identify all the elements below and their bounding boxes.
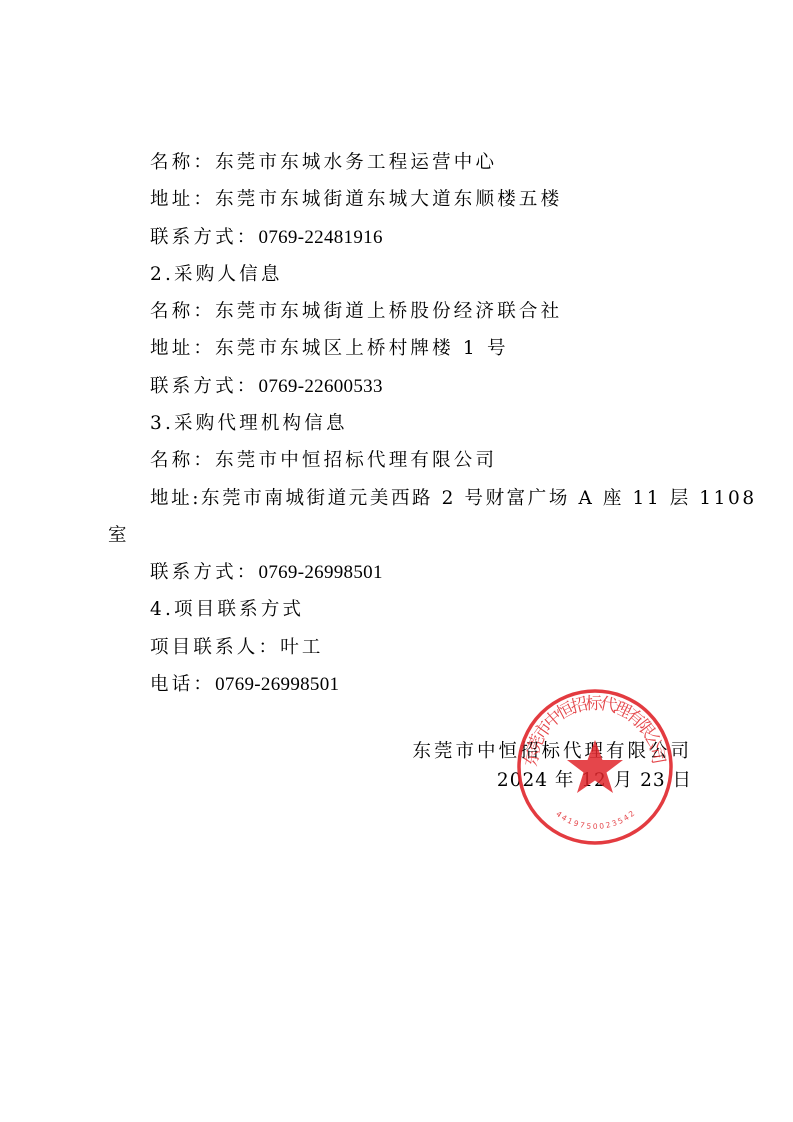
section3-address-line: 地址:东莞市南城街道元美西路 2 号财富广场 A 座 11 层 1108 xyxy=(150,487,757,511)
name-label: 名称： xyxy=(150,301,215,322)
section2-heading: 2.采购人信息 xyxy=(150,263,283,287)
contact-label: 联系方式： xyxy=(150,227,259,248)
section3-contact-line: 联系方式：0769-26998501 xyxy=(150,561,383,585)
section2-name-line: 名称：东莞市东城街道上桥股份经济联合社 xyxy=(150,300,562,324)
section2-address-line: 地址：东莞市东城区上桥村牌楼 1 号 xyxy=(150,337,509,361)
phone-label: 电话： xyxy=(150,674,215,695)
address-label: 地址： xyxy=(150,189,215,210)
name-value: 东莞市东城水务工程运营中心 xyxy=(215,152,497,173)
official-seal: 东莞市中恒招标代理有限公司 4419750023542 xyxy=(516,688,674,846)
address-value: 东莞市东城街道东城大道东顺楼五楼 xyxy=(215,189,562,210)
name-value: 东莞市中恒招标代理有限公司 xyxy=(215,450,497,471)
section3-heading: 3.采购代理机构信息 xyxy=(150,412,348,436)
name-value: 东莞市东城街道上桥股份经济联合社 xyxy=(215,301,562,322)
address-value: 东莞市南城街道元美西路 2 号财富广场 A 座 11 层 1108 xyxy=(201,488,757,509)
contact-value: 0769-22481916 xyxy=(259,227,383,248)
name-label: 名称： xyxy=(150,450,215,471)
signature-company: 东莞市中恒招标代理有限公司 xyxy=(412,740,692,764)
section1-address-line: 地址：东莞市东城街道东城大道东顺楼五楼 xyxy=(150,188,562,212)
section2-contact-line: 联系方式：0769-22600533 xyxy=(150,375,383,399)
section3-address-line-cont: 室 xyxy=(108,524,130,548)
section3-name-line: 名称：东莞市中恒招标代理有限公司 xyxy=(150,449,497,473)
person-value: 叶工 xyxy=(280,637,323,658)
section4-heading: 4.项目联系方式 xyxy=(150,598,304,622)
person-label: 项目联系人： xyxy=(150,637,280,658)
address-label: 地址： xyxy=(150,338,215,359)
section4-phone-line: 电话：0769-26998501 xyxy=(150,673,339,697)
section1-contact-line: 联系方式：0769-22481916 xyxy=(150,226,383,250)
section4-person-line: 项目联系人：叶工 xyxy=(150,636,324,660)
document-page: 名称：东莞市东城水务工程运营中心 地址：东莞市东城街道东城大道东顺楼五楼 联系方… xyxy=(0,0,793,1122)
contact-label: 联系方式： xyxy=(150,562,259,583)
contact-value: 0769-22600533 xyxy=(259,376,383,397)
section1-name-line: 名称：东莞市东城水务工程运营中心 xyxy=(150,151,497,175)
address-label: 地址: xyxy=(150,488,201,509)
contact-label: 联系方式： xyxy=(150,376,259,397)
contact-value: 0769-26998501 xyxy=(259,562,383,583)
phone-value: 0769-26998501 xyxy=(215,674,339,695)
seal-code: 4419750023542 xyxy=(554,808,638,831)
address-value: 东莞市东城区上桥村牌楼 1 号 xyxy=(215,338,509,359)
name-label: 名称： xyxy=(150,152,215,173)
seal-ring xyxy=(519,691,671,843)
signature-date: 2024 年 12 月 23 日 xyxy=(497,769,692,793)
